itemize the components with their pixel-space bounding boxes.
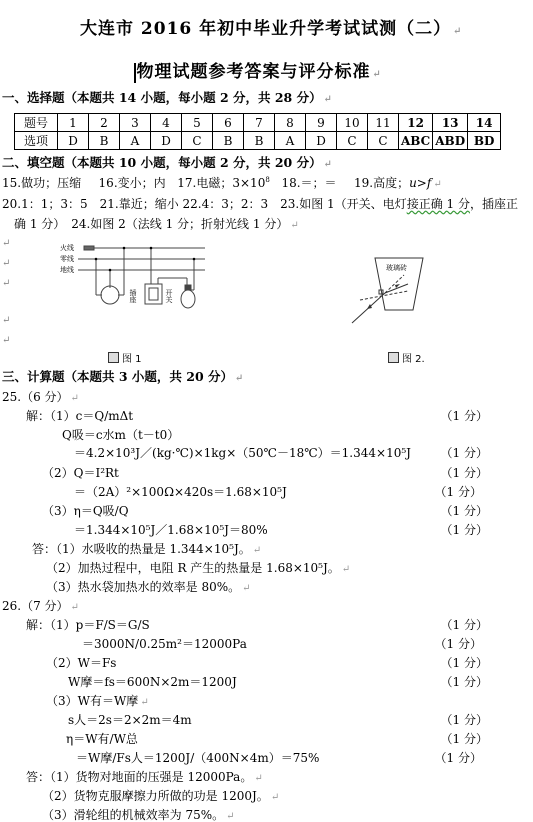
q26-line-1: 解：（1）p＝F/S＝G/S（1 分） xyxy=(26,616,516,633)
cell: 7 xyxy=(244,114,275,132)
cell: D xyxy=(151,132,182,150)
row-label: 选项 xyxy=(15,132,58,150)
paragraph-mark: ↵ xyxy=(373,69,382,80)
fill-blank-line-1: 15.做功；压缩 16.变小；内 17.电磁；3×108 18.＝；＝ 19.高… xyxy=(2,174,442,191)
cell: 12 xyxy=(399,114,433,132)
paragraph-mark: ↵ xyxy=(71,602,79,613)
label-ground-wire: 地线 xyxy=(60,265,74,275)
label-glass-block: 玻璃砖 xyxy=(386,263,407,273)
score-mark: （1 分） xyxy=(441,711,488,728)
answer-19: 19.高度；u>f xyxy=(354,176,431,190)
fill-blank-line-3: 确 1 分） 24.如图 2（法线 1 分；折射光线 1 分）↵ xyxy=(14,215,299,232)
row-label: 题号 xyxy=(15,114,58,132)
answer-18: 18.＝；＝ xyxy=(281,176,336,190)
cell: ABC xyxy=(399,132,433,150)
q26-answer-1: 答：（1）货物对地面的压强是 12000Pa。↵ xyxy=(26,768,263,785)
q25-line-7: ＝1.344×10⁵J／1.68×10⁵J＝80%（1 分） xyxy=(74,521,516,538)
paragraph-mark: ↵ xyxy=(324,159,332,170)
score-mark: （1 分） xyxy=(441,521,488,538)
score-mark: （1 分） xyxy=(435,749,482,766)
cell: 10 xyxy=(337,114,368,132)
q26-step-text: 解：（1）p＝F/S＝G/S xyxy=(26,618,150,632)
paragraph-mark: ↵ xyxy=(140,697,148,708)
q26-line-5: （3）W有＝W摩↵ xyxy=(46,692,516,709)
q25-line-5: ＝（2A）²×100Ω×420s＝1.68×10⁵J（1 分） xyxy=(74,483,516,500)
q26-step-text: η＝W有/W总 xyxy=(66,732,138,746)
cell: 14 xyxy=(468,114,501,132)
q26-step-text: ＝W摩/Fs人＝1200J/（400N×4m）＝75% xyxy=(76,751,319,765)
q25-step-text: ＝（2A）²×100Ω×420s＝1.68×10⁵J xyxy=(74,485,287,499)
cell: B xyxy=(89,132,120,150)
score-mark: （1 分） xyxy=(441,673,488,690)
paragraph-mark: ↵ xyxy=(324,94,332,105)
q26-title-text: 26.（7 分） xyxy=(2,599,69,613)
cell: B xyxy=(213,132,244,150)
q25-answer-text: 答：（1）水吸收的热量是 1.344×10⁵J。 xyxy=(32,542,251,556)
q25-line-3: ＝4.2×10³J／(kg·℃)×1kg×（50℃－18℃）＝1.344×10⁵… xyxy=(74,444,516,461)
subtitle-text: 物理试题参考答案与评分标准 xyxy=(137,62,371,82)
score-mark: （1 分） xyxy=(435,483,482,500)
q25-step-text: （2）Q＝I²Rt xyxy=(42,466,119,480)
q26-line-8: ＝W摩/Fs人＝1200J/（400N×4m）＝75%（1 分） xyxy=(76,749,516,766)
cell: 2 xyxy=(89,114,120,132)
q26-line-3: （2）W＝Fs（1 分） xyxy=(46,654,516,671)
q26-answer-text: （3）滑轮组的机械效率为 75%。 xyxy=(42,808,224,822)
q25-answer-1: 答：（1）水吸收的热量是 1.344×10⁵J。↵ xyxy=(32,540,261,557)
caption-field-icon xyxy=(108,352,119,363)
cell: A xyxy=(275,132,306,150)
figure-2-refraction: 玻璃砖 xyxy=(350,255,460,335)
q25-answer-text: （3）热水袋加热水的效率是 80%。 xyxy=(46,580,240,594)
cell: C xyxy=(337,132,368,150)
score-mark: （1 分） xyxy=(441,444,488,461)
score-mark: （1 分） xyxy=(441,616,488,633)
paragraph-mark: ↵ xyxy=(2,335,10,346)
cell: 8 xyxy=(275,114,306,132)
answers-23-cont: ，插座正 xyxy=(470,197,518,211)
cell: BD xyxy=(468,132,501,150)
section-3-heading: 三、计算题（本题共 3 小题，共 20 分）↵ xyxy=(2,367,243,385)
paragraph-mark: ↵ xyxy=(342,564,350,575)
q25-answer-3: （3）热水袋加热水的效率是 80%。↵ xyxy=(46,578,251,595)
label-socket: 插座 xyxy=(128,289,138,303)
paragraph-mark: ↵ xyxy=(242,583,250,594)
q25-line-6: （3）η＝Q吸/Q（1 分） xyxy=(42,502,516,519)
q25-step-text: 解：（1）c＝Q/mΔt xyxy=(26,409,133,423)
answer-16: 16.变小；内 xyxy=(99,176,166,190)
score-mark: （1 分） xyxy=(441,407,488,424)
title-text: 大连市 2016 年初中毕业升学考试试测（二） xyxy=(80,19,451,39)
figure-1-circuit: 火线 零线 地线 插座 开关 xyxy=(50,238,220,310)
q26-step-text: （3）W有＝W摩 xyxy=(46,694,138,708)
paragraph-mark: ↵ xyxy=(253,545,261,556)
q25-step-text: ＝1.344×10⁵J／1.68×10⁵J＝80% xyxy=(74,523,268,537)
answer-17-base: 17.电磁；3×10 xyxy=(177,176,265,190)
score-mark: （1 分） xyxy=(441,464,488,481)
figure-1-caption-text: 图 1 xyxy=(122,354,142,365)
section-1-heading-text: 一、选择题（本题共 14 小题，每小题 2 分，共 28 分） xyxy=(2,90,322,105)
answers-20-23: 20.1：1；3：5 21.靠近；缩小 22.4：3；2：3 23.如图 1（开… xyxy=(2,197,407,211)
score-mark: （1 分） xyxy=(441,654,488,671)
paragraph-mark: ↵ xyxy=(433,179,441,190)
section-1-heading: 一、选择题（本题共 14 小题，每小题 2 分，共 28 分）↵ xyxy=(2,88,332,106)
q26-line-7: η＝W有/W总（1 分） xyxy=(66,730,516,747)
cell: C xyxy=(368,132,399,150)
answer-17-exponent: 8 xyxy=(265,176,269,184)
paragraph-mark: ↵ xyxy=(2,258,10,269)
score-mark: （1 分） xyxy=(441,730,488,747)
cell: 13 xyxy=(433,114,468,132)
cell: 11 xyxy=(368,114,399,132)
cell: 1 xyxy=(58,114,89,132)
cell: ABD xyxy=(433,132,468,150)
section-2-heading-text: 二、填空题（本题共 10 小题，每小题 2 分，共 20 分） xyxy=(2,155,322,170)
label-switch: 开关 xyxy=(164,289,174,303)
score-mark: （1 分） xyxy=(435,635,482,652)
section-2-heading: 二、填空题（本题共 10 小题，每小题 2 分，共 20 分）↵ xyxy=(2,153,332,171)
figure-2-caption-text: 图 2. xyxy=(402,354,425,365)
cell: 6 xyxy=(213,114,244,132)
answer-17: 17.电磁；3×108 xyxy=(177,176,270,190)
q26-line-6: s人＝2s＝2×2m＝4m（1 分） xyxy=(68,711,516,728)
paragraph-mark: ↵ xyxy=(290,220,298,231)
q26-line-2: ＝3000N/0.25m²＝12000Pa（1 分） xyxy=(82,635,516,652)
spellcheck-underlined-text: 接正确 1 分 xyxy=(407,197,470,211)
cell: A xyxy=(120,132,151,150)
answer-table: 题号 1 2 3 4 5 6 7 8 9 10 11 12 13 14 选项 D… xyxy=(14,113,501,150)
figure-2-caption: 图 2. xyxy=(388,350,425,365)
answer-15: 15.做功；压缩 xyxy=(2,176,81,190)
paragraph-mark: ↵ xyxy=(271,792,279,803)
answer-table-row-answers: 选项 D B A D C B B A D C C ABC ABD BD xyxy=(15,132,501,150)
answers-23-24: 确 1 分） 24.如图 2（法线 1 分；折射光线 1 分） xyxy=(14,217,288,231)
q25-line-1: 解：（1）c＝Q/mΔt（1 分） xyxy=(26,407,516,424)
paragraph-mark: ↵ xyxy=(453,26,462,37)
cell: 5 xyxy=(182,114,213,132)
q26-line-4: W摩＝fs＝600N×2m＝1200J（1 分） xyxy=(68,673,516,690)
paragraph-mark: ↵ xyxy=(235,373,243,384)
paragraph-mark: ↵ xyxy=(2,278,10,289)
q25-line-4: （2）Q＝I²Rt（1 分） xyxy=(42,464,516,481)
document-title: 大连市 2016 年初中毕业升学考试试测（二）↵ xyxy=(80,14,463,39)
fill-blank-line-2: 20.1：1；3：5 21.靠近；缩小 22.4：3；2：3 23.如图 1（开… xyxy=(2,195,518,212)
cell: 3 xyxy=(120,114,151,132)
paragraph-mark: ↵ xyxy=(2,315,10,326)
q26-step-text: s人＝2s＝2×2m＝4m xyxy=(68,713,192,727)
paragraph-mark: ↵ xyxy=(71,393,79,404)
q26-step-text: ＝3000N/0.25m²＝12000Pa xyxy=(82,637,247,651)
q26-step-text: （2）W＝Fs xyxy=(46,656,116,670)
paragraph-mark: ↵ xyxy=(2,238,10,249)
q26-step-text: W摩＝fs＝600N×2m＝1200J xyxy=(68,675,237,689)
cell: C xyxy=(182,132,213,150)
caption-field-icon xyxy=(388,352,399,363)
q26-title: 26.（7 分）↵ xyxy=(2,597,79,614)
q25-step-text: ＝4.2×10³J／(kg·℃)×1kg×（50℃－18℃）＝1.344×10⁵… xyxy=(74,446,411,460)
q26-answer-text: 答：（1）货物对地面的压强是 12000Pa。 xyxy=(26,770,252,784)
q25-answer-text: （2）加热过程中，电阻 R 产生的热量是 1.68×10⁵J。 xyxy=(46,561,340,575)
cell: D xyxy=(306,132,337,150)
q26-answer-text: （2）货物克服摩擦力所做的功是 1200J。 xyxy=(42,789,269,803)
q26-answer-2: （2）货物克服摩擦力所做的功是 1200J。↵ xyxy=(42,787,279,804)
answer-19-text: 19.高度； xyxy=(354,176,409,190)
q25-line-2: Q吸＝c水m（t－t0） xyxy=(62,426,516,443)
section-3-heading-text: 三、计算题（本题共 3 小题，共 20 分） xyxy=(2,369,233,384)
cell: 9 xyxy=(306,114,337,132)
q26-answer-3: （3）滑轮组的机械效率为 75%。↵ xyxy=(42,806,235,822)
document-subtitle: 物理试题参考答案与评分标准↵ xyxy=(134,57,382,83)
answer-19-expr: u>f xyxy=(409,176,431,190)
answer-table-row-numbers: 题号 1 2 3 4 5 6 7 8 9 10 11 12 13 14 xyxy=(15,114,501,132)
q25-answer-2: （2）加热过程中，电阻 R 产生的热量是 1.68×10⁵J。↵ xyxy=(46,559,350,576)
paragraph-mark: ↵ xyxy=(226,811,234,822)
cell: B xyxy=(244,132,275,150)
q25-title-text: 25.（6 分） xyxy=(2,390,69,404)
score-mark: （1 分） xyxy=(441,502,488,519)
label-neutral-wire: 零线 xyxy=(60,254,74,264)
figure-1-caption: 图 1 xyxy=(108,350,142,365)
text-cursor xyxy=(134,63,136,83)
cell: 4 xyxy=(151,114,182,132)
q25-step-text: （3）η＝Q吸/Q xyxy=(42,504,129,518)
label-live-wire: 火线 xyxy=(60,243,74,253)
q25-title: 25.（6 分）↵ xyxy=(2,388,79,405)
cell: D xyxy=(58,132,89,150)
q25-step-text: Q吸＝c水m（t－t0） xyxy=(62,428,179,442)
paragraph-mark: ↵ xyxy=(254,773,262,784)
